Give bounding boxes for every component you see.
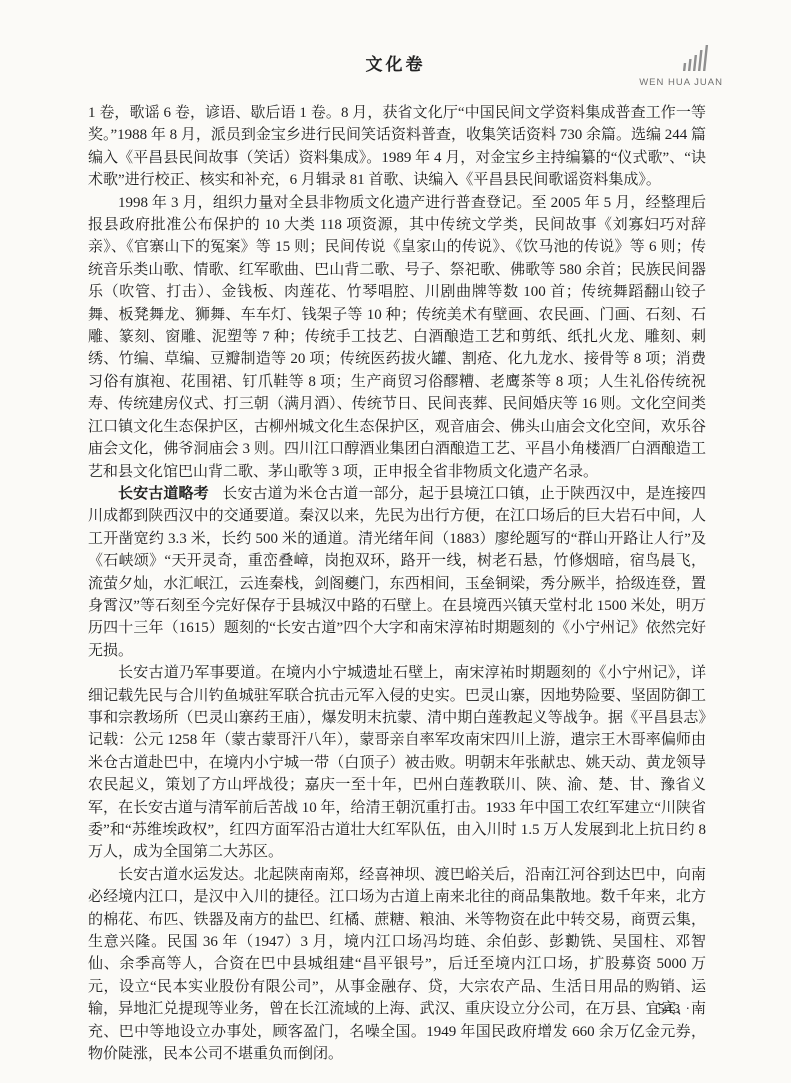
paragraph: 长安古道乃军事要道。在境内小宁城遗址石壁上，南宋淳祐时期题刻的《小宁州记》，详细… — [88, 662, 706, 864]
page-number: · 543 · — [648, 1001, 691, 1017]
page-body: 1 卷，歌谣 6 卷，谚语、歇后语 1 卷。8 月，获省文化厅“中国民间文学资料… — [88, 102, 706, 1065]
paragraph: 1998 年 3 月，组织力量对全县非物质文化遗产进行普查登记。至 2005 年… — [88, 192, 706, 483]
paragraph-text: 长安古道为米仓古道一部分，起于县境江口镇，止于陕西汉中，是连接四川成都到陕西汉中… — [88, 486, 706, 659]
logo-text: WEN HUA JUAN — [627, 77, 723, 88]
wen-hua-juan-logo: WEN HUA JUAN — [627, 42, 723, 88]
book-page: 文化卷 WEN HUA JUAN 1 卷，歌谣 6 卷，谚语、歇后语 1 卷。8… — [0, 0, 791, 1083]
section-heading: 长安古道略考 — [118, 486, 209, 502]
paragraph: 长安古道略考长安古道为米仓古道一部分，起于县境江口镇，止于陕西汉中，是连接四川成… — [88, 483, 706, 662]
paragraph: 1 卷，歌谣 6 卷，谚语、歇后语 1 卷。8 月，获省文化厅“中国民间文学资料… — [88, 102, 706, 192]
ascending-bars-logo-icon — [683, 42, 713, 72]
paragraph: 长安古道水运发达。北起陕南南郑，经喜神坝、渡巴峪关后，沿南江河谷到达巴中，向南必… — [88, 864, 706, 1066]
